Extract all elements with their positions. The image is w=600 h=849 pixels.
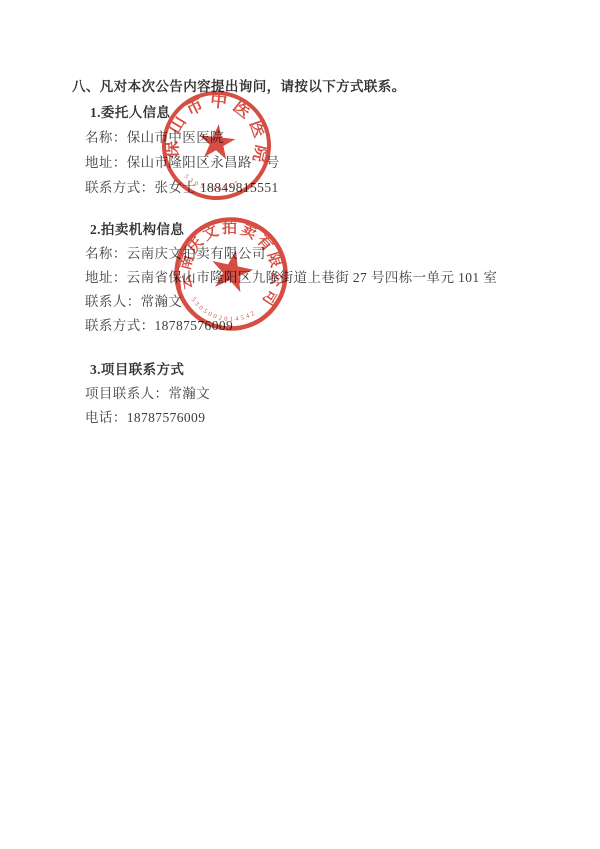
section-title-client-info: 1.委托人信息 — [90, 101, 170, 121]
auction-company-official-seal: 云南庆文拍卖有限公司 5305002014542 — [161, 204, 301, 344]
project-phone-line: 电话：18787576009 — [85, 406, 205, 426]
star-icon — [197, 122, 237, 160]
document-page: 八、凡对本次公告内容提出询问，请按以下方式联系。 1.委托人信息 名称：保山市中… — [0, 0, 600, 849]
project-contact-person-line: 项目联系人：常瀚文 — [85, 382, 210, 402]
star-icon — [207, 246, 256, 294]
section-title-project-contact: 3.项目联系方式 — [90, 358, 184, 378]
hospital-official-seal: 保山市中医医院 5303100617 — [153, 82, 279, 208]
section-title-auction-agency-info: 2.拍卖机构信息 — [90, 218, 184, 238]
